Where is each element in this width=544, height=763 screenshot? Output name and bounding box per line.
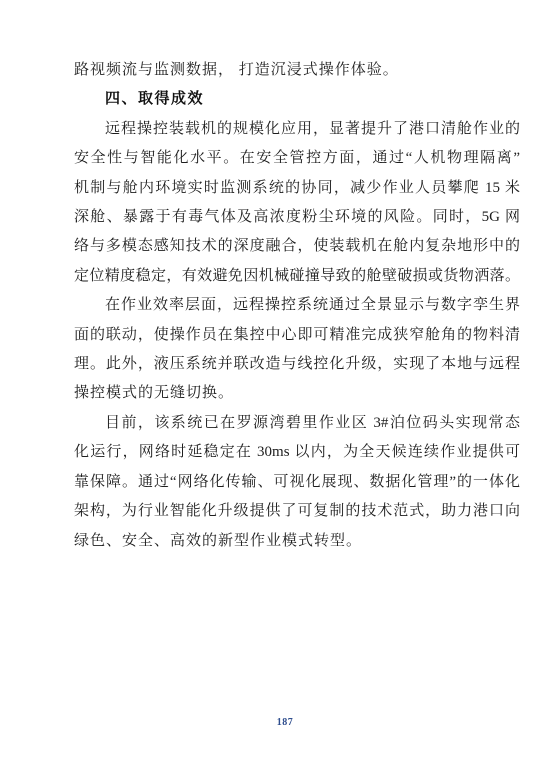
text-line: 路视频流与监测数据， 打造沉浸式操作体验。 <box>74 56 520 85</box>
text-line: 安全性与智能化水平。在安全管控方面，通过“人机物理隔离” <box>74 144 520 173</box>
text-line: 络与多模态感知技术的深度融合，使装载机在舱内复杂地形中的 <box>74 232 520 261</box>
text-line: 靠保障。通过“网络化传输、可视化展现、数据化管理”的一体化 <box>74 468 520 497</box>
text-line: 绿色、安全、高效的新型作业模式转型。 <box>74 527 520 556</box>
text-line: 在作业效率层面，远程操控系统通过全景显示与数字孪生界 <box>74 291 520 320</box>
page-footer: 187 <box>0 712 544 730</box>
text-line: 面的联动，使操作员在集控中心即可精准完成狭窄舱角的物料清 <box>74 321 520 350</box>
document-page: 路视频流与监测数据， 打造沉浸式操作体验。四、取得成效远程操控装载机的规模化应用… <box>0 0 544 763</box>
text-line: 深舱、暴露于有毒气体及高浓度粉尘环境的风险。同时，5G 网 <box>74 203 520 232</box>
page-number: 187 <box>277 717 294 728</box>
text-line: 操控模式的无缝切换。 <box>74 379 520 408</box>
text-line: 远程操控装载机的规模化应用，显著提升了港口清舱作业的 <box>74 115 520 144</box>
text-line: 化运行，网络时延稳定在 30ms 以内，为全天候连续作业提供可 <box>74 438 520 467</box>
text-line: 架构，为行业智能化升级提供了可复制的技术范式，助力港口向 <box>74 497 520 526</box>
text-line: 机制与舱内环境实时监测系统的协同，减少作业人员攀爬 15 米 <box>74 174 520 203</box>
text-line: 定位精度稳定，有效避免因机械碰撞导致的舱壁破损或货物洒落。 <box>74 262 520 291</box>
document-body: 路视频流与监测数据， 打造沉浸式操作体验。四、取得成效远程操控装载机的规模化应用… <box>74 56 520 556</box>
section-heading: 四、取得成效 <box>74 85 520 114</box>
text-line: 理。此外，液压系统并联改造与线控化升级，实现了本地与远程 <box>74 350 520 379</box>
text-line: 目前，该系统已在罗源湾碧里作业区 3#泊位码头实现常态 <box>74 409 520 438</box>
